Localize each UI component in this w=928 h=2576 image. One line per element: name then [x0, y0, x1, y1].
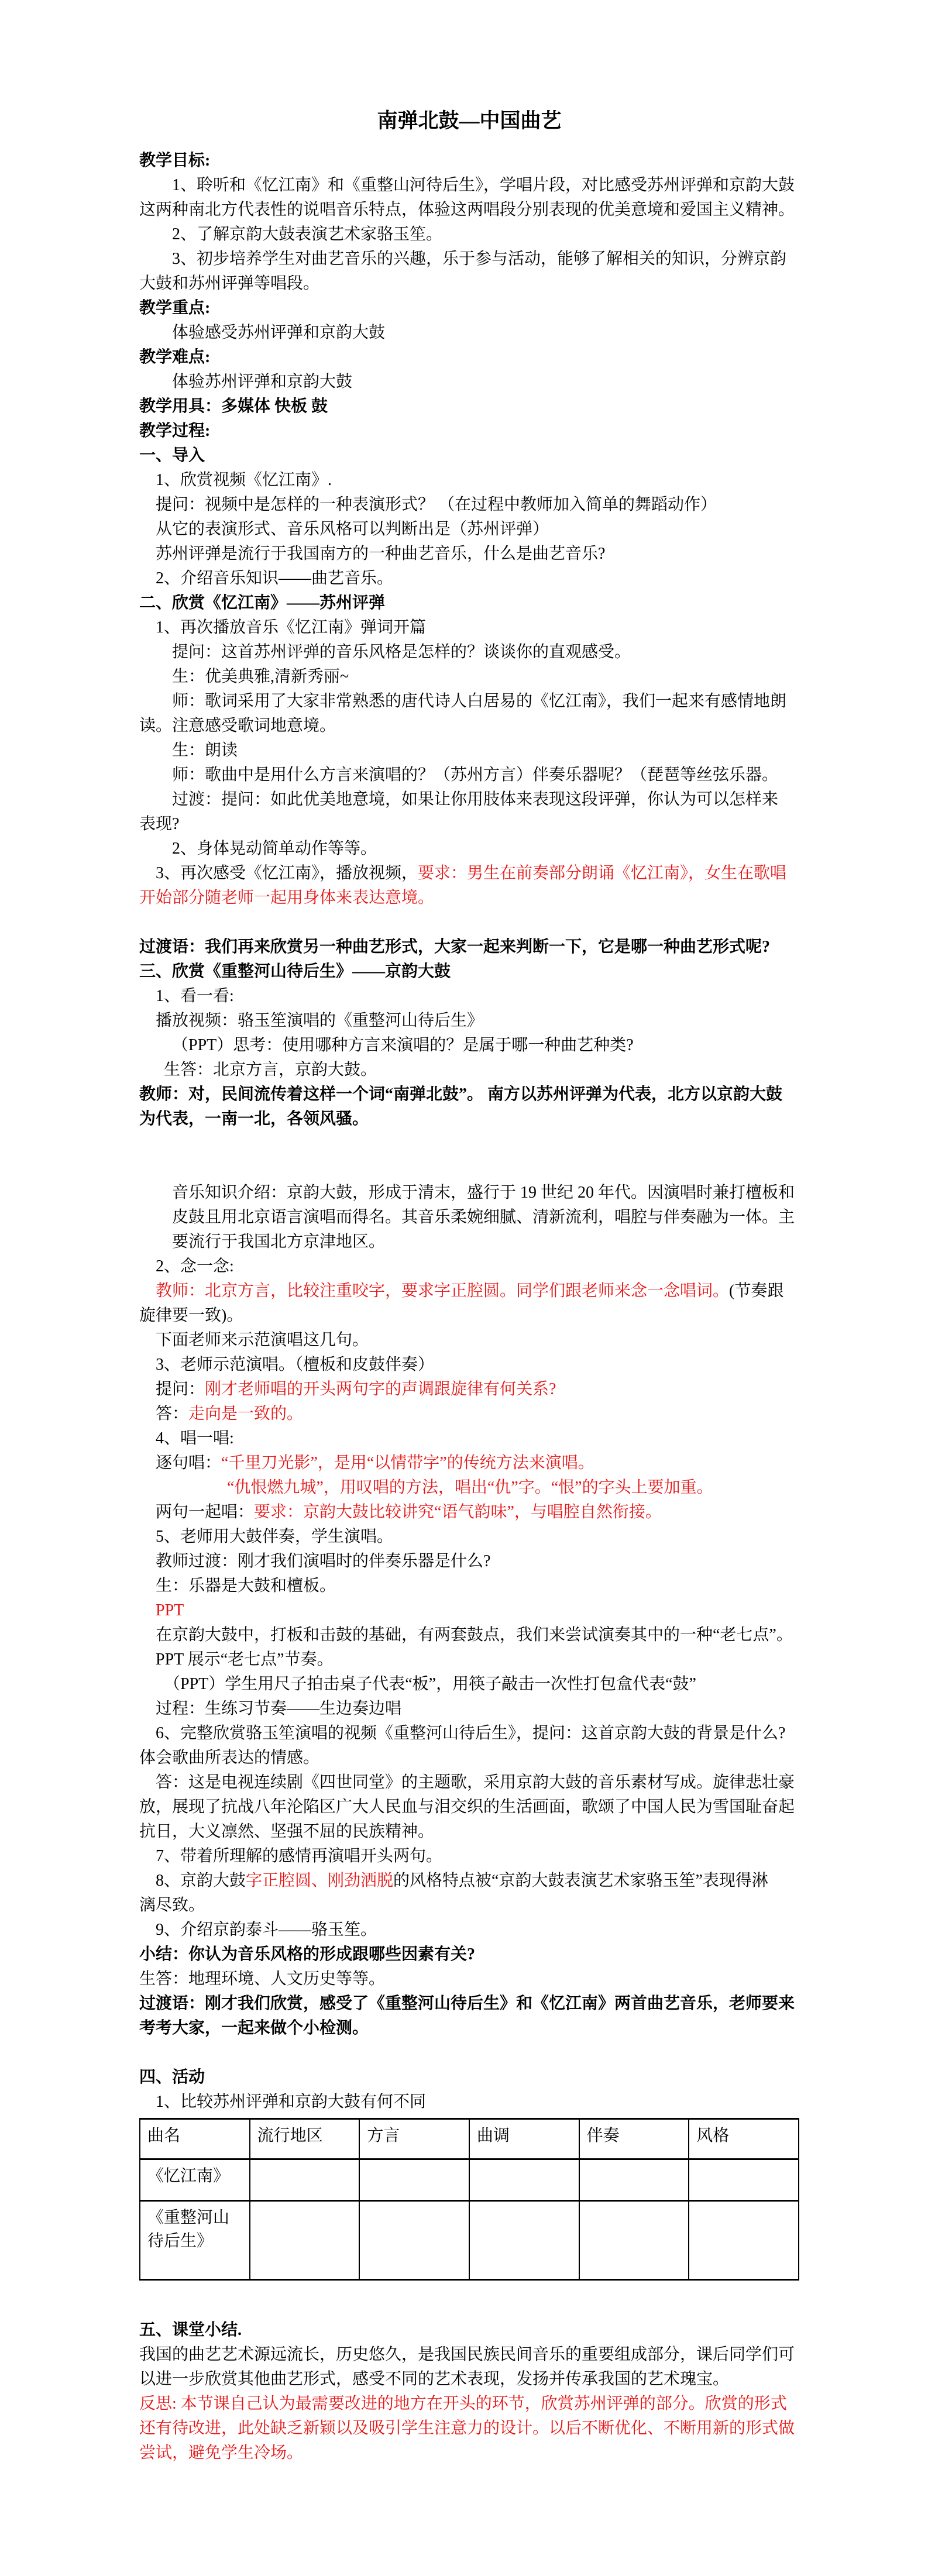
doc-line: 1、再次播放音乐《忆江南》弹词开篇	[139, 615, 799, 640]
text-segment: 教学难点:	[139, 348, 210, 366]
text-segment: 8、京韵大鼓	[156, 1872, 246, 1890]
doc-line: 生：朗读	[139, 738, 799, 763]
doc-line: 考考大家，一起来做个小检测。	[139, 2016, 799, 2041]
text-segment: 答：这是电视连续剧《四世同堂》的主题歌，采用京韵大鼓的音乐素材写成。旋律悲壮豪	[156, 1773, 795, 1791]
doc-line: 3、老师示范演唱。（檀板和皮鼓伴奏）	[139, 1353, 799, 1377]
red-text-segment: 走向是一致的。	[188, 1405, 303, 1423]
blank-line	[139, 910, 799, 935]
red-text-segment: 尝试，避免学生冷场。	[139, 2444, 303, 2462]
text-segment: 读。注意感受歌词地意境。	[139, 717, 336, 735]
text-segment: 教学目标:	[139, 152, 210, 170]
doc-line: 答：走向是一致的。	[139, 1402, 799, 1426]
table-header-cell: 方言	[359, 2119, 469, 2159]
doc-line: 教学用具：多媒体 快板 鼓	[139, 394, 799, 419]
doc-line: 皮鼓且用北京语言演唱而得名。其音乐柔婉细腻、清新流利，唱腔与伴奏融为一体。主	[139, 1205, 799, 1230]
text-segment: 生答：北京方言，京韵大鼓。	[164, 1061, 377, 1079]
text-segment: 两句一起唱：	[156, 1503, 254, 1521]
doc-line: 1、比较苏州评弹和京韵大鼓有何不同	[139, 2090, 799, 2114]
text-segment: 2、介绍音乐知识——曲艺音乐。	[156, 569, 393, 587]
red-text-segment: 字正腔圆、刚劲洒脱	[246, 1872, 393, 1890]
doc-line: 3、初步培养学生对曲艺音乐的兴趣，乐于参与活动，能够了解相关的知识，分辨京韵	[139, 247, 799, 271]
table-header-cell: 伴奏	[579, 2119, 689, 2159]
text-segment: 师：歌词采用了大家非常熟悉的唐代诗人白居易的《忆江南》，我们一起来有感情地朗	[172, 692, 786, 710]
song-name-cell: 《忆江南》	[140, 2159, 250, 2201]
doc-line: 为代表，一南一北，各领风骚。	[139, 1107, 799, 1131]
text-segment: 7、带着所理解的感情再演唱开头两句。	[156, 1847, 442, 1865]
text-segment: 五、课堂小结.	[139, 2321, 242, 2339]
text-segment: 提问：这首苏州评弹的音乐风格是怎样的？谈谈你的直观感受。	[172, 643, 631, 661]
doc-line: 3、再次感受《忆江南》，播放视频，要求：男生在前奏部分朗诵《忆江南》，女生在歌唱	[139, 861, 799, 886]
text-segment: 漓尽致。	[139, 1896, 205, 1914]
red-text-segment: “千里刀光影”，是用“以情带字”的传统方法来演唱。	[221, 1454, 594, 1472]
text-segment: 下面老师来示范演唱这几句。	[156, 1331, 369, 1349]
text-segment: 过程：生练习节奏——生边奏边唱	[156, 1700, 401, 1718]
text-segment: 教学过程:	[139, 422, 210, 440]
doc-line: 提问：这首苏州评弹的音乐风格是怎样的？谈谈你的直观感受。	[139, 640, 799, 665]
doc-line: 二、欣赏《忆江南》——苏州评弹	[139, 591, 799, 615]
doc-line: （PPT）思考：使用哪种方言来演唱的？是属于哪一种曲艺种类?	[139, 1033, 799, 1058]
doc-line: 2、身体晃动简单动作等等。	[139, 837, 799, 861]
table-cell	[359, 2201, 469, 2280]
doc-line: 我国的曲艺艺术源远流长，历史悠久，是我国民族民间音乐的重要组成部分，课后同学们可	[139, 2343, 799, 2367]
doc-line: 在京韵大鼓中，打板和击鼓的基础，有两套鼓点，我们来尝试演奏其中的一种“老七点”。	[139, 1623, 799, 1648]
table-cell	[359, 2159, 469, 2201]
doc-line: 五、课堂小结.	[139, 2318, 799, 2343]
text-segment: 过渡：提问：如此优美地意境，如果让你用肢体来表现这段评弹，你认为可以怎样来	[172, 790, 778, 809]
table-cell	[689, 2201, 799, 2280]
comparison-table-head: 曲名流行地区方言曲调伴奏风格	[140, 2119, 799, 2159]
table-cell	[469, 2201, 579, 2280]
doc-line: 尝试，避免学生冷场。	[139, 2441, 799, 2465]
doc-line: 过渡：提问：如此优美地意境，如果让你用肢体来表现这段评弹，你认为可以怎样来	[139, 787, 799, 812]
blank-line	[139, 1156, 799, 1181]
doc-line: 下面老师来示范演唱这几句。	[139, 1328, 799, 1353]
text-segment: 3、再次感受《忆江南》，播放视频，	[156, 864, 418, 882]
doc-line: 生：乐器是大鼓和檀板。	[139, 1574, 799, 1598]
table-row: 《忆江南》	[140, 2159, 799, 2201]
text-segment: 以进一步欣赏其他曲艺形式，感受不同的艺术表现，发扬并传承我国的艺术瑰宝。	[139, 2370, 729, 2388]
doc-line: 还有待改进，此处缺乏新颖以及吸引学生注意力的设计。以后不断优化、不断用新的形式做	[139, 2416, 799, 2441]
doc-line: 小结：你认为音乐风格的形成跟哪些因素有关?	[139, 1942, 799, 1967]
text-segment: 过渡语：刚才我们欣赏，感受了《重整河山待后生》和《忆江南》两首曲艺音乐，老师要来	[139, 1994, 795, 2013]
doc-line: 教学过程:	[139, 419, 799, 443]
text-segment: 音乐知识介绍：京韵大鼓，形成于清末，盛行于 19 世纪 20 年代。因演唱时兼打…	[172, 1184, 795, 1202]
doc-line: 漓尽致。	[139, 1893, 799, 1918]
table-cell	[250, 2159, 360, 2201]
doc-line: 9、介绍京韵泰斗——骆玉笙。	[139, 1918, 799, 1942]
song-name-cell: 《重整河山待后生》	[140, 2201, 250, 2280]
text-segment: 提问：	[156, 1380, 205, 1398]
doc-line: PPT	[139, 1598, 799, 1623]
table-cell	[689, 2159, 799, 2201]
doc-line: 体验感受苏州评弹和京韵大鼓	[139, 321, 799, 345]
text-segment: 答：	[156, 1405, 188, 1423]
text-segment: 生：乐器是大鼓和檀板。	[156, 1577, 336, 1595]
doc-line: 4、唱一唱:	[139, 1426, 799, 1451]
text-segment: 1、比较苏州评弹和京韵大鼓有何不同	[156, 2093, 426, 2111]
text-segment: 的风格特点被“京韵大鼓表演艺术家骆玉笙”表现得淋	[393, 1872, 768, 1890]
doc-line: 苏州评弹是流行于我国南方的一种曲艺音乐，什么是曲艺音乐?	[139, 542, 799, 566]
text-segment: 小结：你认为音乐风格的形成跟哪些因素有关?	[139, 1945, 475, 1963]
text-segment: 为代表，一南一北，各领风骚。	[139, 1110, 369, 1128]
doc-line: 教学重点:	[139, 296, 799, 321]
red-text-segment: PPT	[156, 1601, 184, 1619]
text-segment: 考考大家，一起来做个小检测。	[139, 2019, 369, 2037]
lesson-plan-document: 南弹北鼓—中国曲艺 教学目标:1、聆听和《忆江南》和《重整山河待后生》，学唱片段…	[0, 0, 928, 2501]
doc-line: 体会歌曲所表达的情感。	[139, 1746, 799, 1770]
doc-line: 师：歌词采用了大家非常熟悉的唐代诗人白居易的《忆江南》，我们一起来有感情地朗	[139, 689, 799, 714]
text-segment: 抗日，大义凛然、坚强不屈的民族精神。	[139, 1822, 434, 1841]
doc-line: 教师过渡：刚才我们演唱时的伴奏乐器是什么?	[139, 1549, 799, 1574]
doc-line: 提问：刚才老师唱的开头两句字的声调跟旋律有何关系?	[139, 1377, 799, 1402]
doc-line: 四、活动	[139, 2065, 799, 2090]
doc-line: “仇恨燃九城”，用叹唱的方法，唱出“仇”字。“恨”的字头上要加重。	[139, 1476, 799, 1500]
blank-line	[139, 2281, 799, 2318]
doc-line: 过渡语：刚才我们欣赏，感受了《重整河山待后生》和《忆江南》两首曲艺音乐，老师要来	[139, 1992, 799, 2016]
text-segment: 3、老师示范演唱。（檀板和皮鼓伴奏）	[156, 1356, 434, 1374]
text-segment: 旋律要一致)。	[139, 1306, 243, 1325]
doc-line: 生答：北京方言，京韵大鼓。	[139, 1058, 799, 1082]
text-segment: 2、念一念:	[156, 1257, 234, 1275]
text-segment: （PPT）思考：使用哪种方言来演唱的？是属于哪一种曲艺种类?	[172, 1036, 634, 1054]
table-header-cell: 流行地区	[250, 2119, 360, 2159]
blank-line	[139, 1131, 799, 1156]
red-text-segment: “仇恨燃九城”，用叹唱的方法，唱出“仇”字。“恨”的字头上要加重。	[227, 1478, 713, 1497]
text-segment: 表现?	[139, 815, 179, 833]
red-text-segment: 要求：京韵大鼓比较讲究“语气韵味”，与唱腔自然衔接。	[254, 1503, 662, 1521]
doc-line: 音乐知识介绍：京韵大鼓，形成于清末，盛行于 19 世纪 20 年代。因演唱时兼打…	[139, 1181, 799, 1205]
comparison-table-body: 《忆江南》《重整河山待后生》	[140, 2159, 799, 2280]
table-cell	[579, 2159, 689, 2201]
red-text-segment: 要求：男生在前奏部分朗诵《忆江南》，女生在歌唱	[418, 864, 786, 882]
doc-line: 播放视频：骆玉笙演唱的《重整河山待后生》	[139, 1009, 799, 1033]
text-segment: 4、唱一唱:	[156, 1429, 234, 1447]
text-segment: 要流行于我国北方京津地区。	[172, 1233, 385, 1251]
text-segment: 体验苏州评弹和京韵大鼓	[172, 373, 352, 391]
text-segment: 苏州评弹是流行于我国南方的一种曲艺音乐，什么是曲艺音乐?	[156, 545, 605, 563]
page-title: 南弹北鼓—中国曲艺	[139, 106, 799, 136]
text-segment: 从它的表演形式、音乐风格可以判断出是（苏州评弹）	[156, 520, 549, 538]
text-segment: 教师过渡：刚才我们演唱时的伴奏乐器是什么?	[156, 1552, 490, 1570]
text-segment: （PPT）学生用尺子拍击桌子代表“板”，用筷子敲击一次性打包盒代表“鼓”	[164, 1675, 696, 1693]
table-header-cell: 曲名	[140, 2119, 250, 2159]
text-segment: 三、欣赏《重整河山待后生》——京韵大鼓	[139, 962, 451, 981]
doc-line: 教学目标:	[139, 149, 799, 173]
text-segment: PPT 展示“老七点”节奏。	[156, 1650, 334, 1669]
text-segment: (节奏跟	[729, 1282, 783, 1300]
text-segment: 教学重点:	[139, 299, 210, 317]
text-segment: 体验感受苏州评弹和京韵大鼓	[172, 324, 385, 342]
text-segment: 生答：地理环境、人文历史等等。	[139, 1970, 385, 1988]
text-segment: 生：朗读	[172, 741, 238, 759]
text-segment: 1、聆听和《忆江南》和《重整山河待后生》，学唱片段，对比感受苏州评弹和京韵大鼓	[172, 176, 795, 194]
text-segment: 过渡语：我们再来欣赏另一种曲艺形式，大家一起来判断一下，它是哪一种曲艺形式呢?	[139, 938, 770, 956]
text-segment: 一、导入	[139, 446, 205, 465]
doc-line: 6、完整欣赏骆玉笙演唱的视频《重整河山待后生》，提问：这首京韵大鼓的背景是什么?	[139, 1721, 799, 1746]
text-segment: 2、身体晃动简单动作等等。	[172, 840, 377, 858]
doc-line: 8、京韵大鼓字正腔圆、刚劲洒脱的风格特点被“京韵大鼓表演艺术家骆玉笙”表现得淋	[139, 1869, 799, 1893]
doc-line: 教学难点:	[139, 345, 799, 370]
doc-line: 放，展现了抗战八年沦陷区广大人民血与泪交织的生活画面，歌颂了中国人民为雪国耻奋起	[139, 1795, 799, 1820]
text-segment: 1、欣赏视频《忆江南》.	[156, 471, 332, 489]
red-text-segment: 教师：北京方言，比较注重咬字，要求字正腔圆。同学们跟老师来念一念唱词。	[156, 1282, 729, 1300]
text-segment: 我国的曲艺艺术源远流长，历史悠久，是我国民族民间音乐的重要组成部分，课后同学们可	[139, 2345, 795, 2364]
table-cell	[469, 2159, 579, 2201]
red-text-segment: 刚才老师唱的开头两句字的声调跟旋律有何关系?	[205, 1380, 556, 1398]
doc-line: 三、欣赏《重整河山待后生》——京韵大鼓	[139, 959, 799, 984]
doc-line: 过渡语：我们再来欣赏另一种曲艺形式，大家一起来判断一下，它是哪一种曲艺形式呢?	[139, 935, 799, 959]
doc-line: 2、了解京韵大鼓表演艺术家骆玉笙。	[139, 222, 799, 247]
text-segment: 师：歌曲中是用什么方言来演唱的？（苏州方言）伴奏乐器呢？（琵琶等丝弦乐器。	[172, 766, 778, 784]
doc-line: 1、欣赏视频《忆江南》.	[139, 468, 799, 493]
text-segment: 大鼓和苏州评弹等唱段。	[139, 274, 319, 293]
text-segment: 体会歌曲所表达的情感。	[139, 1749, 319, 1767]
text-segment: 1、看一看:	[156, 987, 234, 1005]
table-cell	[579, 2201, 689, 2280]
text-segment: 皮鼓且用北京语言演唱而得名。其音乐柔婉细腻、清新流利，唱腔与伴奏融为一体。主	[172, 1208, 795, 1226]
doc-line: 表现?	[139, 812, 799, 837]
text-segment: 逐句唱：	[156, 1454, 221, 1472]
text-segment: 在京韵大鼓中，打板和击鼓的基础，有两套鼓点，我们来尝试演奏其中的一种“老七点”。	[156, 1626, 793, 1644]
doc-line: 教师：北京方言，比较注重咬字，要求字正腔圆。同学们跟老师来念一念唱词。(节奏跟	[139, 1279, 799, 1304]
text-segment: 二、欣赏《忆江南》——苏州评弹	[139, 594, 385, 612]
doc-line: 旋律要一致)。	[139, 1304, 799, 1328]
doc-line: 逐句唱：“千里刀光影”，是用“以情带字”的传统方法来演唱。	[139, 1451, 799, 1476]
doc-line: （PPT）学生用尺子拍击桌子代表“板”，用筷子敲击一次性打包盒代表“鼓”	[139, 1672, 799, 1697]
red-text-segment: 开始部分随老师一起用身体来表达意境。	[139, 889, 434, 907]
text-segment: 5、老师用大鼓伴奏，学生演唱。	[156, 1528, 393, 1546]
text-segment: 这两种南北方代表性的说唱音乐特点，体验这两唱段分别表现的优美意境和爱国主义精神。	[139, 201, 795, 219]
doc-line: 7、带着所理解的感情再演唱开头两句。	[139, 1844, 799, 1869]
doc-line: 提问：视频中是怎样的一种表演形式？ （在过程中教师加入简单的舞蹈动作）	[139, 493, 799, 517]
doc-line: 大鼓和苏州评弹等唱段。	[139, 271, 799, 296]
text-segment: 6、完整欣赏骆玉笙演唱的视频《重整河山待后生》，提问：这首京韵大鼓的背景是什么?	[156, 1724, 785, 1742]
doc-line: 从它的表演形式、音乐风格可以判断出是（苏州评弹）	[139, 517, 799, 542]
doc-line: 这两种南北方代表性的说唱音乐特点，体验这两唱段分别表现的优美意境和爱国主义精神。	[139, 198, 799, 222]
red-text-segment: 反思: 本节课自己认为最需要改进的地方在开头的环节，欣赏苏州评弹的部分。欣赏的形…	[139, 2395, 787, 2413]
doc-line: 抗日，大义凛然、坚强不屈的民族精神。	[139, 1820, 799, 1844]
doc-line: 两句一起唱：要求：京韵大鼓比较讲究“语气韵味”，与唱腔自然衔接。	[139, 1500, 799, 1525]
doc-line: 5、老师用大鼓伴奏，学生演唱。	[139, 1525, 799, 1549]
doc-line: 要流行于我国北方京津地区。	[139, 1230, 799, 1254]
red-text-segment: 还有待改进，此处缺乏新颖以及吸引学生注意力的设计。以后不断优化、不断用新的形式做	[139, 2419, 795, 2437]
text-segment: 3、初步培养学生对曲艺音乐的兴趣，乐于参与活动，能够了解相关的知识，分辨京韵	[172, 250, 786, 268]
blank-line	[139, 2041, 799, 2065]
doc-line: 体验苏州评弹和京韵大鼓	[139, 370, 799, 394]
table-header-row: 曲名流行地区方言曲调伴奏风格	[140, 2119, 799, 2159]
doc-line: 1、看一看:	[139, 984, 799, 1009]
text-segment: 放，展现了抗战八年沦陷区广大人民血与泪交织的生活画面，歌颂了中国人民为雪国耻奋起	[139, 1798, 795, 1816]
doc-line: 生：优美典雅,清新秀丽~	[139, 665, 799, 689]
doc-line: 过程：生练习节奏——生边奏边唱	[139, 1697, 799, 1721]
text-segment: 生：优美典雅,清新秀丽~	[172, 668, 349, 686]
table-header-cell: 曲调	[469, 2119, 579, 2159]
doc-line: 反思: 本节课自己认为最需要改进的地方在开头的环节，欣赏苏州评弹的部分。欣赏的形…	[139, 2392, 799, 2416]
comparison-table: 曲名流行地区方言曲调伴奏风格 《忆江南》《重整河山待后生》	[139, 2118, 799, 2281]
doc-line: 答：这是电视连续剧《四世同堂》的主题歌，采用京韵大鼓的音乐素材写成。旋律悲壮豪	[139, 1770, 799, 1795]
text-segment: 1、再次播放音乐《忆江南》弹词开篇	[156, 618, 426, 637]
table-row: 《重整河山待后生》	[140, 2201, 799, 2280]
doc-line: 以进一步欣赏其他曲艺形式，感受不同的艺术表现，发扬并传承我国的艺术瑰宝。	[139, 2367, 799, 2392]
text-segment: 教学用具：多媒体 快板 鼓	[139, 397, 328, 415]
doc-line: 师：歌曲中是用什么方言来演唱的？（苏州方言）伴奏乐器呢？（琵琶等丝弦乐器。	[139, 763, 799, 787]
document-body-bottom: 五、课堂小结.我国的曲艺艺术源远流长，历史悠久，是我国民族民间音乐的重要组成部分…	[139, 2281, 799, 2465]
doc-line: 开始部分随老师一起用身体来表达意境。	[139, 886, 799, 910]
text-segment: 四、活动	[139, 2068, 205, 2086]
doc-line: 一、导入	[139, 443, 799, 468]
doc-line: 2、念一念:	[139, 1254, 799, 1279]
doc-line: 生答：地理环境、人文历史等等。	[139, 1967, 799, 1992]
document-body-top: 教学目标:1、聆听和《忆江南》和《重整山河待后生》，学唱片段，对比感受苏州评弹和…	[139, 149, 799, 2114]
text-segment: 提问：视频中是怎样的一种表演形式？ （在过程中教师加入简单的舞蹈动作）	[156, 496, 717, 514]
doc-line: 1、聆听和《忆江南》和《重整山河待后生》，学唱片段，对比感受苏州评弹和京韵大鼓	[139, 173, 799, 198]
table-cell	[250, 2201, 360, 2280]
text-segment: 2、了解京韵大鼓表演艺术家骆玉笙。	[172, 225, 442, 243]
doc-line: 教师：对，民间流传着这样一个词“南弹北鼓”。 南方以苏州评弹为代表，北方以京韵大…	[139, 1082, 799, 1107]
table-header-cell: 风格	[689, 2119, 799, 2159]
text-segment: 播放视频：骆玉笙演唱的《重整河山待后生》	[156, 1012, 483, 1030]
text-segment: 9、介绍京韵泰斗——骆玉笙。	[156, 1921, 377, 1939]
text-segment: 教师：对，民间流传着这样一个词“南弹北鼓”。 南方以苏州评弹为代表，北方以京韵大…	[139, 1085, 782, 1103]
doc-line: 读。注意感受歌词地意境。	[139, 714, 799, 738]
doc-line: 2、介绍音乐知识——曲艺音乐。	[139, 566, 799, 591]
doc-line: PPT 展示“老七点”节奏。	[139, 1648, 799, 1672]
